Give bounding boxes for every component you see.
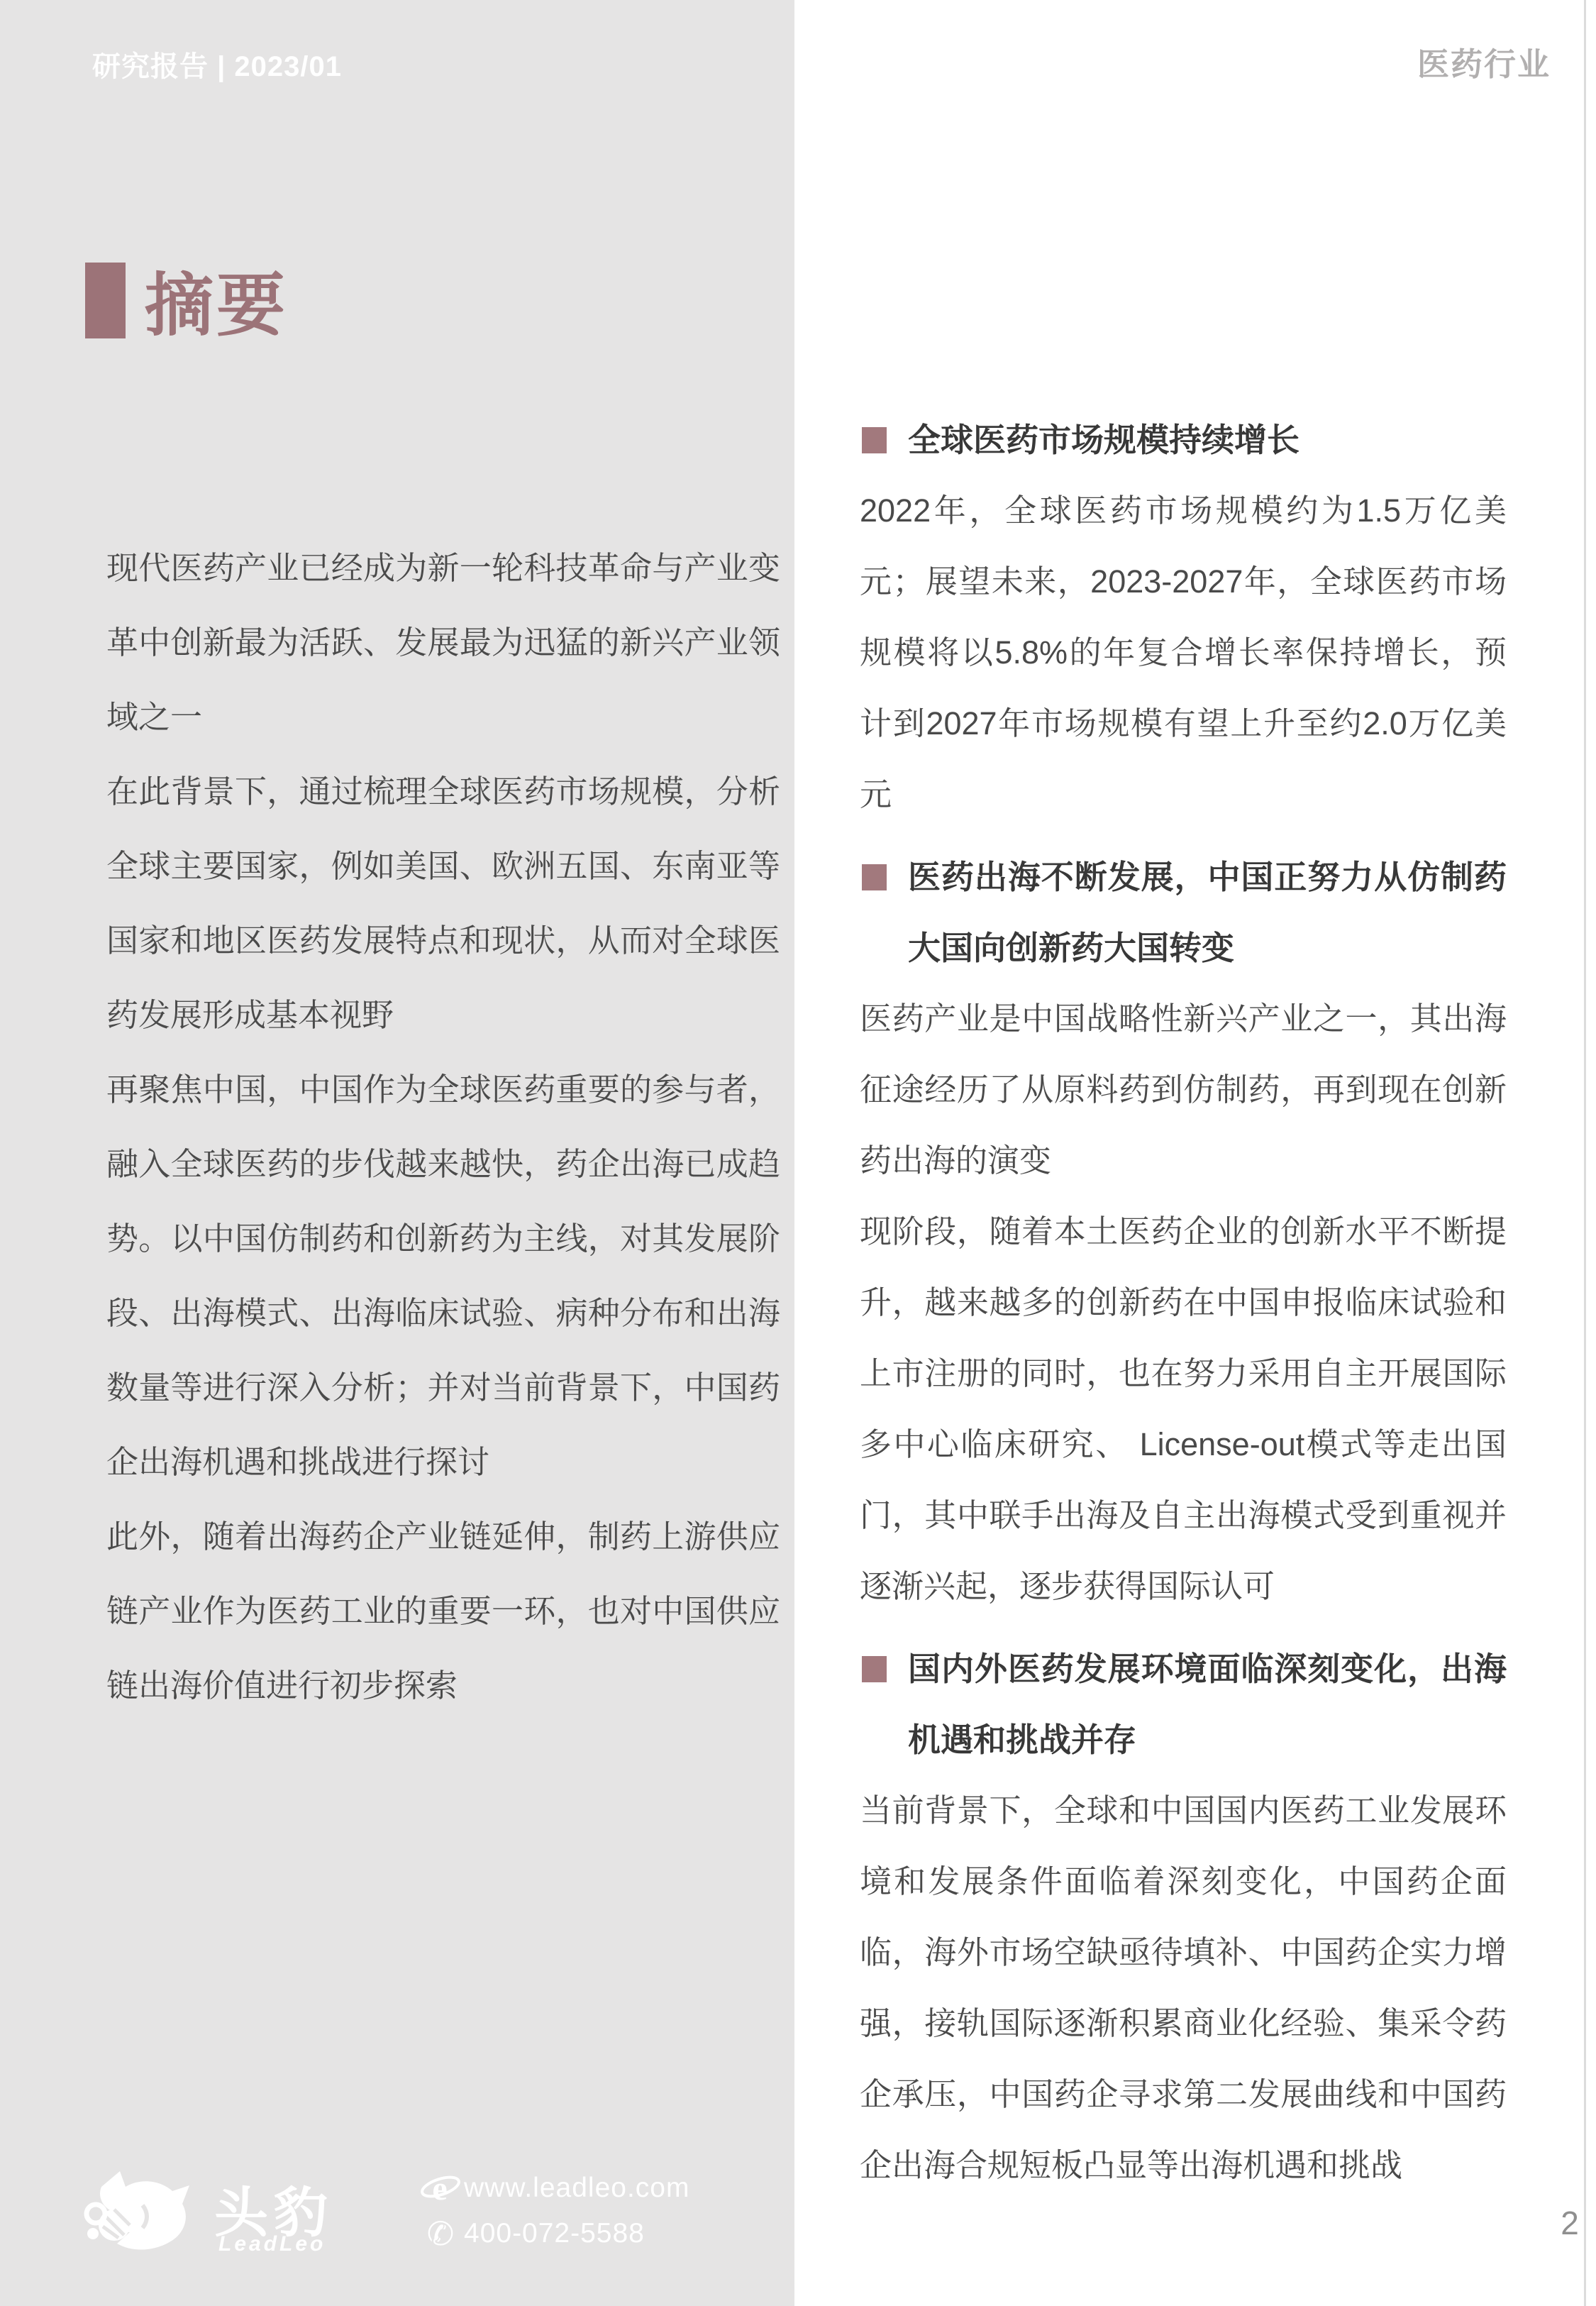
page-number: 2	[1552, 2204, 1587, 2242]
section-paragraph: 2022年，全球医药市场规模约为1.5万亿美元；展望未来，2023-2027年，…	[860, 475, 1507, 830]
left-column: 现代医药产业已经成为新一轮科技革命与产业变革中创新最为活跃、发展最为迅猛的新兴产…	[106, 531, 780, 1723]
phone-icon: ✆	[417, 2217, 464, 2250]
abstract-paragraph: 在此背景下，通过梳理全球医药市场规模，分析全球主要国家，例如美国、欧洲五国、东南…	[106, 754, 780, 1052]
section-paragraph: 现阶段，随着本土医药企业的创新水平不断提升，越来越多的创新药在中国申报临床试验和…	[860, 1196, 1507, 1622]
globe-icon: e	[417, 2168, 464, 2208]
page-right-edge-line	[1584, 0, 1586, 2306]
leadleo-leopard-logo-icon	[74, 2163, 209, 2262]
phone-number: 400-072-5588	[464, 2218, 645, 2249]
bullet-square-icon	[862, 427, 887, 453]
bullet-square-icon	[862, 1656, 887, 1682]
section-paragraph: 当前背景下，全球和中国国内医药工业发展环境和发展条件面临着深刻变化，中国药企面临…	[860, 1775, 1507, 2201]
report-type-date-label: 研究报告 | 2023/01	[92, 44, 342, 84]
section-heading-text: 医药出海不断发展，中国正努力从仿制药大国向创新药大国转变	[908, 859, 1507, 966]
section-heading: 医药出海不断发展，中国正努力从仿制药大国向创新药大国转变	[860, 842, 1507, 983]
abstract-paragraph: 现代医药产业已经成为新一轮科技革命与产业变革中创新最为活跃、发展最为迅猛的新兴产…	[106, 531, 780, 754]
section-paragraph: 医药产业是中国战略性新兴产业之一，其出海征途经历了从原料药到仿制药，再到现在创新…	[860, 983, 1507, 1196]
bullet-square-icon	[862, 864, 887, 890]
title-accent-bar	[85, 263, 126, 338]
website-row: e www.leadleo.com	[417, 2166, 689, 2211]
industry-label: 医药行业	[1417, 38, 1551, 84]
svg-text:e: e	[432, 2170, 447, 2207]
section-heading-text: 全球医药市场规模持续增长	[908, 421, 1299, 458]
abstract-paragraph: 再聚焦中国，中国作为全球医药重要的参与者，融入全球医药的步伐越来越快，药企出海已…	[106, 1052, 780, 1499]
section-heading-text: 国内外医药发展环境面临深刻变化，出海机遇和挑战并存	[908, 1650, 1507, 1758]
website-url: www.leadleo.com	[464, 2173, 689, 2204]
phone-row: ✆ 400-072-5588	[417, 2211, 689, 2256]
section-heading: 国内外医药发展环境面临深刻变化，出海机遇和挑战并存	[860, 1633, 1507, 1775]
footer-contact-block: e www.leadleo.com ✆ 400-072-5588	[417, 2166, 689, 2256]
right-column: 全球医药市场规模持续增长 2022年，全球医药市场规模约为1.5万亿美元；展望未…	[860, 404, 1507, 2201]
abstract-paragraph: 此外，随着出海药企产业链延伸，制药上游供应链产业作为医药工业的重要一环，也对中国…	[106, 1499, 780, 1723]
brand-name-en: LeadLeo	[218, 2232, 326, 2256]
page-title: 摘要	[145, 250, 288, 349]
report-page: 研究报告 | 2023/01 医药行业 摘要 现代医药产业已经成为新一轮科技革命…	[0, 0, 1596, 2306]
section-heading: 全球医药市场规模持续增长	[860, 404, 1507, 475]
